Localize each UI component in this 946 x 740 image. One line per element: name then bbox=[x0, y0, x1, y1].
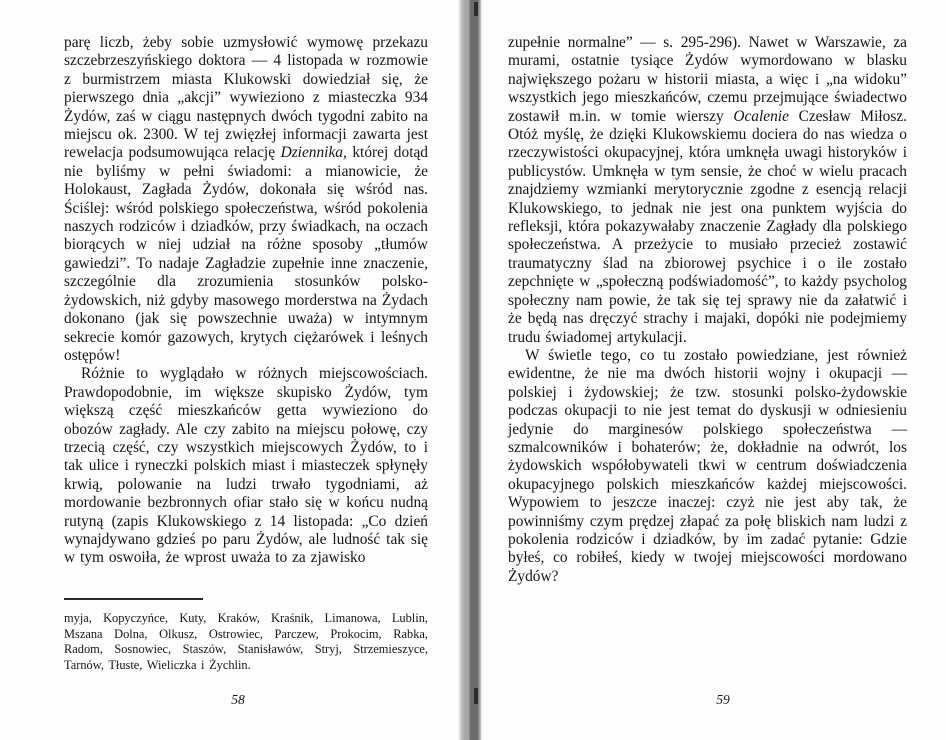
binding-gutter bbox=[458, 0, 482, 740]
page-number-right: 59 bbox=[508, 692, 938, 708]
left-page-text-column: parę liczb, żeby sobie uzmysłowić wymowę… bbox=[64, 34, 428, 568]
book-scan-spread: parę liczb, żeby sobie uzmysłowić wymowę… bbox=[0, 0, 946, 740]
footnote-text: myja, Kopyczyńce, Kuty, Kraków, Kraśnik,… bbox=[64, 611, 428, 673]
body-paragraph: W świetle tego, co tu zostało powiedzian… bbox=[508, 347, 907, 586]
body-paragraph: Różnie to wyglądało w różnych miejscowoś… bbox=[64, 365, 428, 567]
scan-artifact bbox=[474, 2, 478, 16]
footnote-block: myja, Kopyczyńce, Kuty, Kraków, Kraśnik,… bbox=[64, 598, 428, 673]
body-paragraph: zupełnie normalne” — s. 295-296). Nawet … bbox=[508, 34, 907, 347]
scan-artifact bbox=[474, 688, 478, 704]
footnote-rule bbox=[64, 598, 203, 600]
right-page-text-column: zupełnie normalne” — s. 295-296). Nawet … bbox=[508, 34, 907, 586]
page-number-left: 58 bbox=[64, 692, 412, 708]
body-paragraph: parę liczb, żeby sobie uzmysłowić wymowę… bbox=[64, 34, 428, 365]
